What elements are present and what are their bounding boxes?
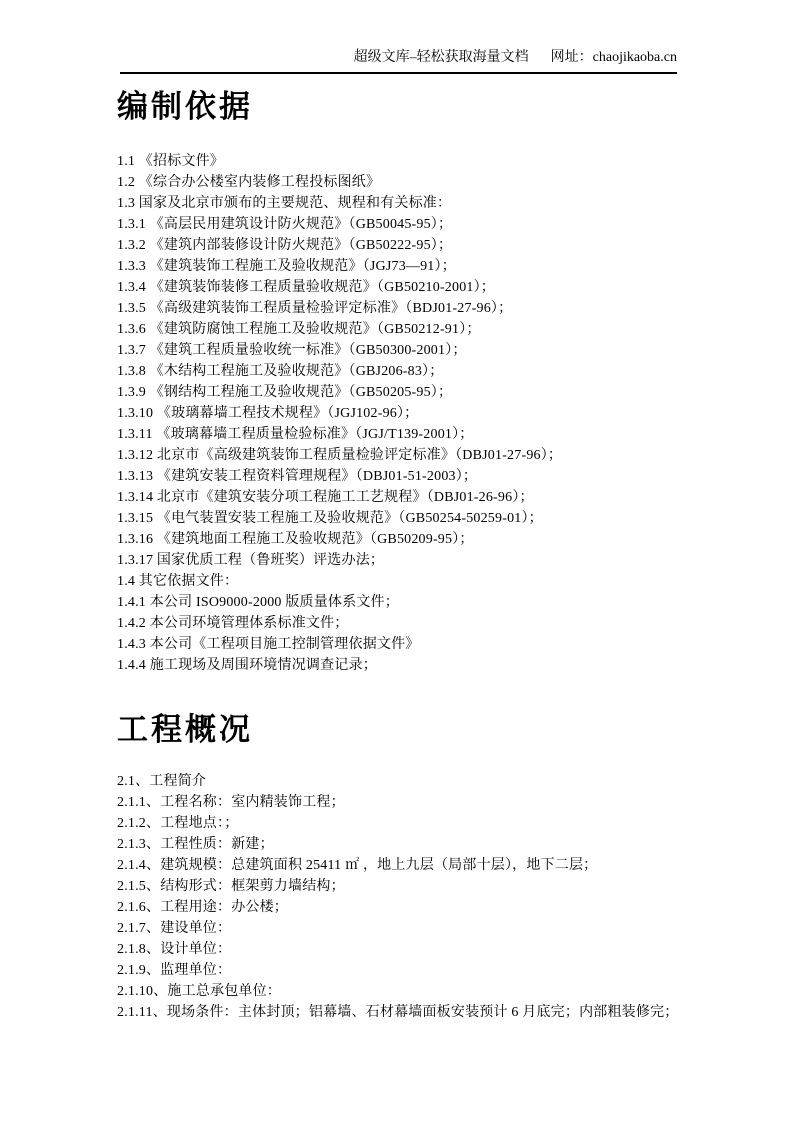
doc-line-1-4-2: 1.4.2 本公司环境管理体系标准文件； — [117, 613, 679, 634]
doc-line-2-1-3: 2.1.3、工程性质：新建； — [117, 834, 679, 855]
section1-title: 编制依据 — [117, 88, 253, 125]
doc-line-1-3-12: 1.3.12 北京市《高级建筑装饰工程质量检验评定标准》（DBJ01-27-96… — [117, 445, 679, 466]
doc-line-1-4-4: 1.4.4 施工现场及周围环境情况调查记录； — [117, 655, 679, 676]
doc-line-1-3-14: 1.3.14 北京市《建筑安装分项工程施工工艺规程》（DBJ01-26-96）； — [117, 487, 679, 508]
doc-line-2-1-11: 2.1.11、现场条件：主体封顶；铝幕墙、石材幕墙面板安装预计 6 月底完；内部… — [117, 1002, 679, 1023]
doc-line-1-3-3: 1.3.3 《建筑装饰工程施工及验收规范》（JGJ73—91）； — [117, 256, 679, 277]
doc-line-1-3-1: 1.3.1 《高层民用建筑设计防火规范》（GB50045-95）； — [117, 214, 679, 235]
doc-line-2-1: 2.1、工程简介 — [117, 771, 679, 792]
doc-line-2-1-4: 2.1.4、建筑规模：总建筑面积 25411 ㎡ ，地上九层（局部十层），地下二… — [117, 855, 679, 876]
doc-line-2-1-5: 2.1.5、结构形式：框架剪力墙结构； — [117, 876, 679, 897]
doc-line-2-1-2: 2.1.2、工程地点：； — [117, 813, 679, 834]
doc-line-2-1-9: 2.1.9、监理单位： — [117, 960, 679, 981]
doc-line-1-3-11: 1.3.11 《玻璃幕墙工程质量检验标准》（JGJ/T139-2001）； — [117, 424, 679, 445]
doc-line-2-1-8: 2.1.8、设计单位： — [117, 939, 679, 960]
doc-line-1-4-3: 1.4.3 本公司《工程项目施工控制管理依据文件》 — [117, 634, 679, 655]
doc-line-1-4-1: 1.4.1 本公司 ISO9000-2000 版质量体系文件； — [117, 592, 679, 613]
doc-line-1-3-15: 1.3.15 《电气装置安装工程施工及验收规范》（GB50254-50259-0… — [117, 508, 679, 529]
doc-line-2-1-1: 2.1.1、工程名称：室内精装饰工程； — [117, 792, 679, 813]
doc-line-2-1-6: 2.1.6、工程用途：办公楼； — [117, 897, 679, 918]
doc-line-1-3-13: 1.3.13 《建筑安装工程资料管理规程》（DBJ01-51-2003）； — [117, 466, 679, 487]
doc-line-2-1-10: 2.1.10、施工总承包单位： — [117, 981, 679, 1002]
section2-title: 工程概况 — [117, 711, 253, 748]
doc-line-1-3-6: 1.3.6 《建筑防腐蚀工程施工及验收规范》（GB50212-91）； — [117, 319, 679, 340]
header-url-text: 网址：chaojikaoba.cn — [551, 50, 677, 65]
doc-line-1-3-9: 1.3.9 《钢结构工程施工及验收规范》（GB50205-95）； — [117, 382, 679, 403]
doc-line-1-3-16: 1.3.16 《建筑地面工程施工及验收规范》（GB50209-95）； — [117, 529, 679, 550]
page-header: 超级文库–轻松获取海量文档网址：chaojikaoba.cn — [120, 49, 677, 66]
doc-line-1-3-5: 1.3.5 《高级建筑装饰工程质量检验评定标准》（BDJ01-27-96）； — [117, 298, 679, 319]
section2-list: 2.1、工程简介 2.1.1、工程名称：室内精装饰工程； 2.1.2、工程地点：… — [117, 771, 679, 1023]
doc-line-1-3-7: 1.3.7 《建筑工程质量验收统一标准》（GB50300-2001）； — [117, 340, 679, 361]
doc-line-1-4: 1.4 其它依据文件： — [117, 571, 679, 592]
doc-line-1-3-10: 1.3.10 《玻璃幕墙工程技术规程》（JGJ102-96）； — [117, 403, 679, 424]
doc-line-1-3-2: 1.3.2 《建筑内部装修设计防火规范》（GB50222-95）； — [117, 235, 679, 256]
doc-line-1-2: 1.2 《综合办公楼室内装修工程投标图纸》 — [117, 172, 679, 193]
doc-line-1-3-8: 1.3.8 《木结构工程施工及验收规范》（GBJ206-83）； — [117, 361, 679, 382]
document-page: 超级文库–轻松获取海量文档网址：chaojikaoba.cn 编制依据 1.1 … — [0, 0, 793, 1122]
doc-line-1-3: 1.3 国家及北京市颁布的主要规范、规程和有关标准： — [117, 193, 679, 214]
doc-line-1-1: 1.1 《招标文件》 — [117, 151, 679, 172]
doc-line-1-3-17: 1.3.17 国家优质工程（鲁班奖）评选办法； — [117, 550, 679, 571]
section1-list: 1.1 《招标文件》 1.2 《综合办公楼室内装修工程投标图纸》 1.3 国家及… — [117, 151, 679, 676]
doc-line-1-3-4: 1.3.4 《建筑装饰装修工程质量验收规范》（GB50210-2001）； — [117, 277, 679, 298]
doc-line-2-1-7: 2.1.7、建设单位： — [117, 918, 679, 939]
header-site-text: 超级文库–轻松获取海量文档 — [354, 50, 529, 65]
header-divider — [120, 72, 677, 74]
